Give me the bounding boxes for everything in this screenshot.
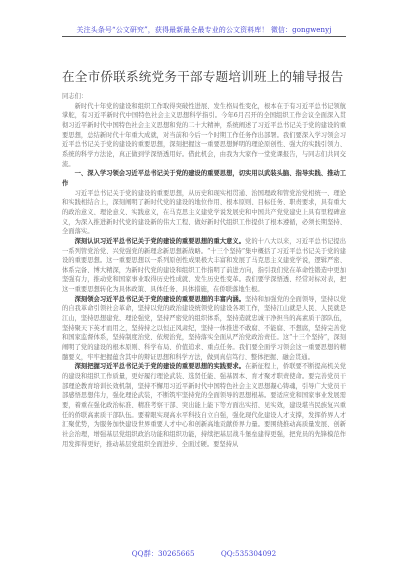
- lead-sentence: 深刻领会习近平总书记关于党的建设的重要思想的丰富内涵。: [75, 296, 245, 303]
- footer-contact: QQ群：30265665 QQ:535304092: [0, 549, 408, 559]
- paragraph-significance: 深刻认识习近平总书记关于党的建设的重要思想的重大意义。党的十八大以来，习近平总书…: [62, 237, 346, 295]
- paragraph-section-1: 习近平总书记关于党的建设的重要思想，从历史和现实相贯通、治国理政和管党治党相统一…: [62, 189, 346, 237]
- paragraph-requirements: 深刻把握习近平总书记关于党的建设的重要思想的实践要求。在新征程上，侨联要不断提高…: [62, 362, 346, 449]
- qq-number: QQ:535304092: [221, 549, 276, 558]
- lead-sentence: 深刻把握习近平总书记关于党的建设的重要思想的实践要求。: [75, 363, 245, 370]
- paragraph-text: 在新征程上，侨联要不断提高机关党的建设和组织工作质量，更好履行理论武装、选贤任能…: [62, 363, 346, 447]
- section-heading-1: 一、深入学习领会习近平总书记关于党的建设的重要思想，切实用以武装头脑、指导实践、…: [62, 169, 346, 188]
- salutation: 同志们：: [62, 92, 346, 102]
- document-title: 在全市侨联系统党务干部专题培训班上的辅导报告: [62, 66, 352, 85]
- paragraph-text: 坚持和加强党的全面领导，坚持以党的自我革命引领社会革命，坚持以党的政治建设统领党…: [62, 296, 346, 361]
- qq-group-number: QQ群：30265665: [132, 549, 195, 558]
- paragraph-connotation: 深刻领会习近平总书记关于党的建设的重要思想的丰富内涵。坚持和加强党的全面领导，坚…: [62, 295, 346, 363]
- paragraph-intro: 新时代十年党的建设和组织工作取得突破性进展、发生格局性变化，根本在于有习近平总书…: [62, 102, 346, 170]
- lead-sentence: 深刻认识习近平总书记关于党的建设的重要思想的重大意义。: [75, 238, 245, 245]
- document-body: 同志们： 新时代十年党的建设和组织工作取得突破性进展、发生格局性变化，根本在于有…: [62, 92, 346, 449]
- header-divider: [62, 36, 346, 37]
- paragraph-text: 党的十八大以来，习近平总书记提出一系列管党治党、兴党强党的新理念新思想新战略。“…: [62, 238, 346, 293]
- header-promo-note: 关注头条号“公文研究”，获得最新最全最专业的公文资料库！ 微信：gongweny…: [62, 25, 346, 35]
